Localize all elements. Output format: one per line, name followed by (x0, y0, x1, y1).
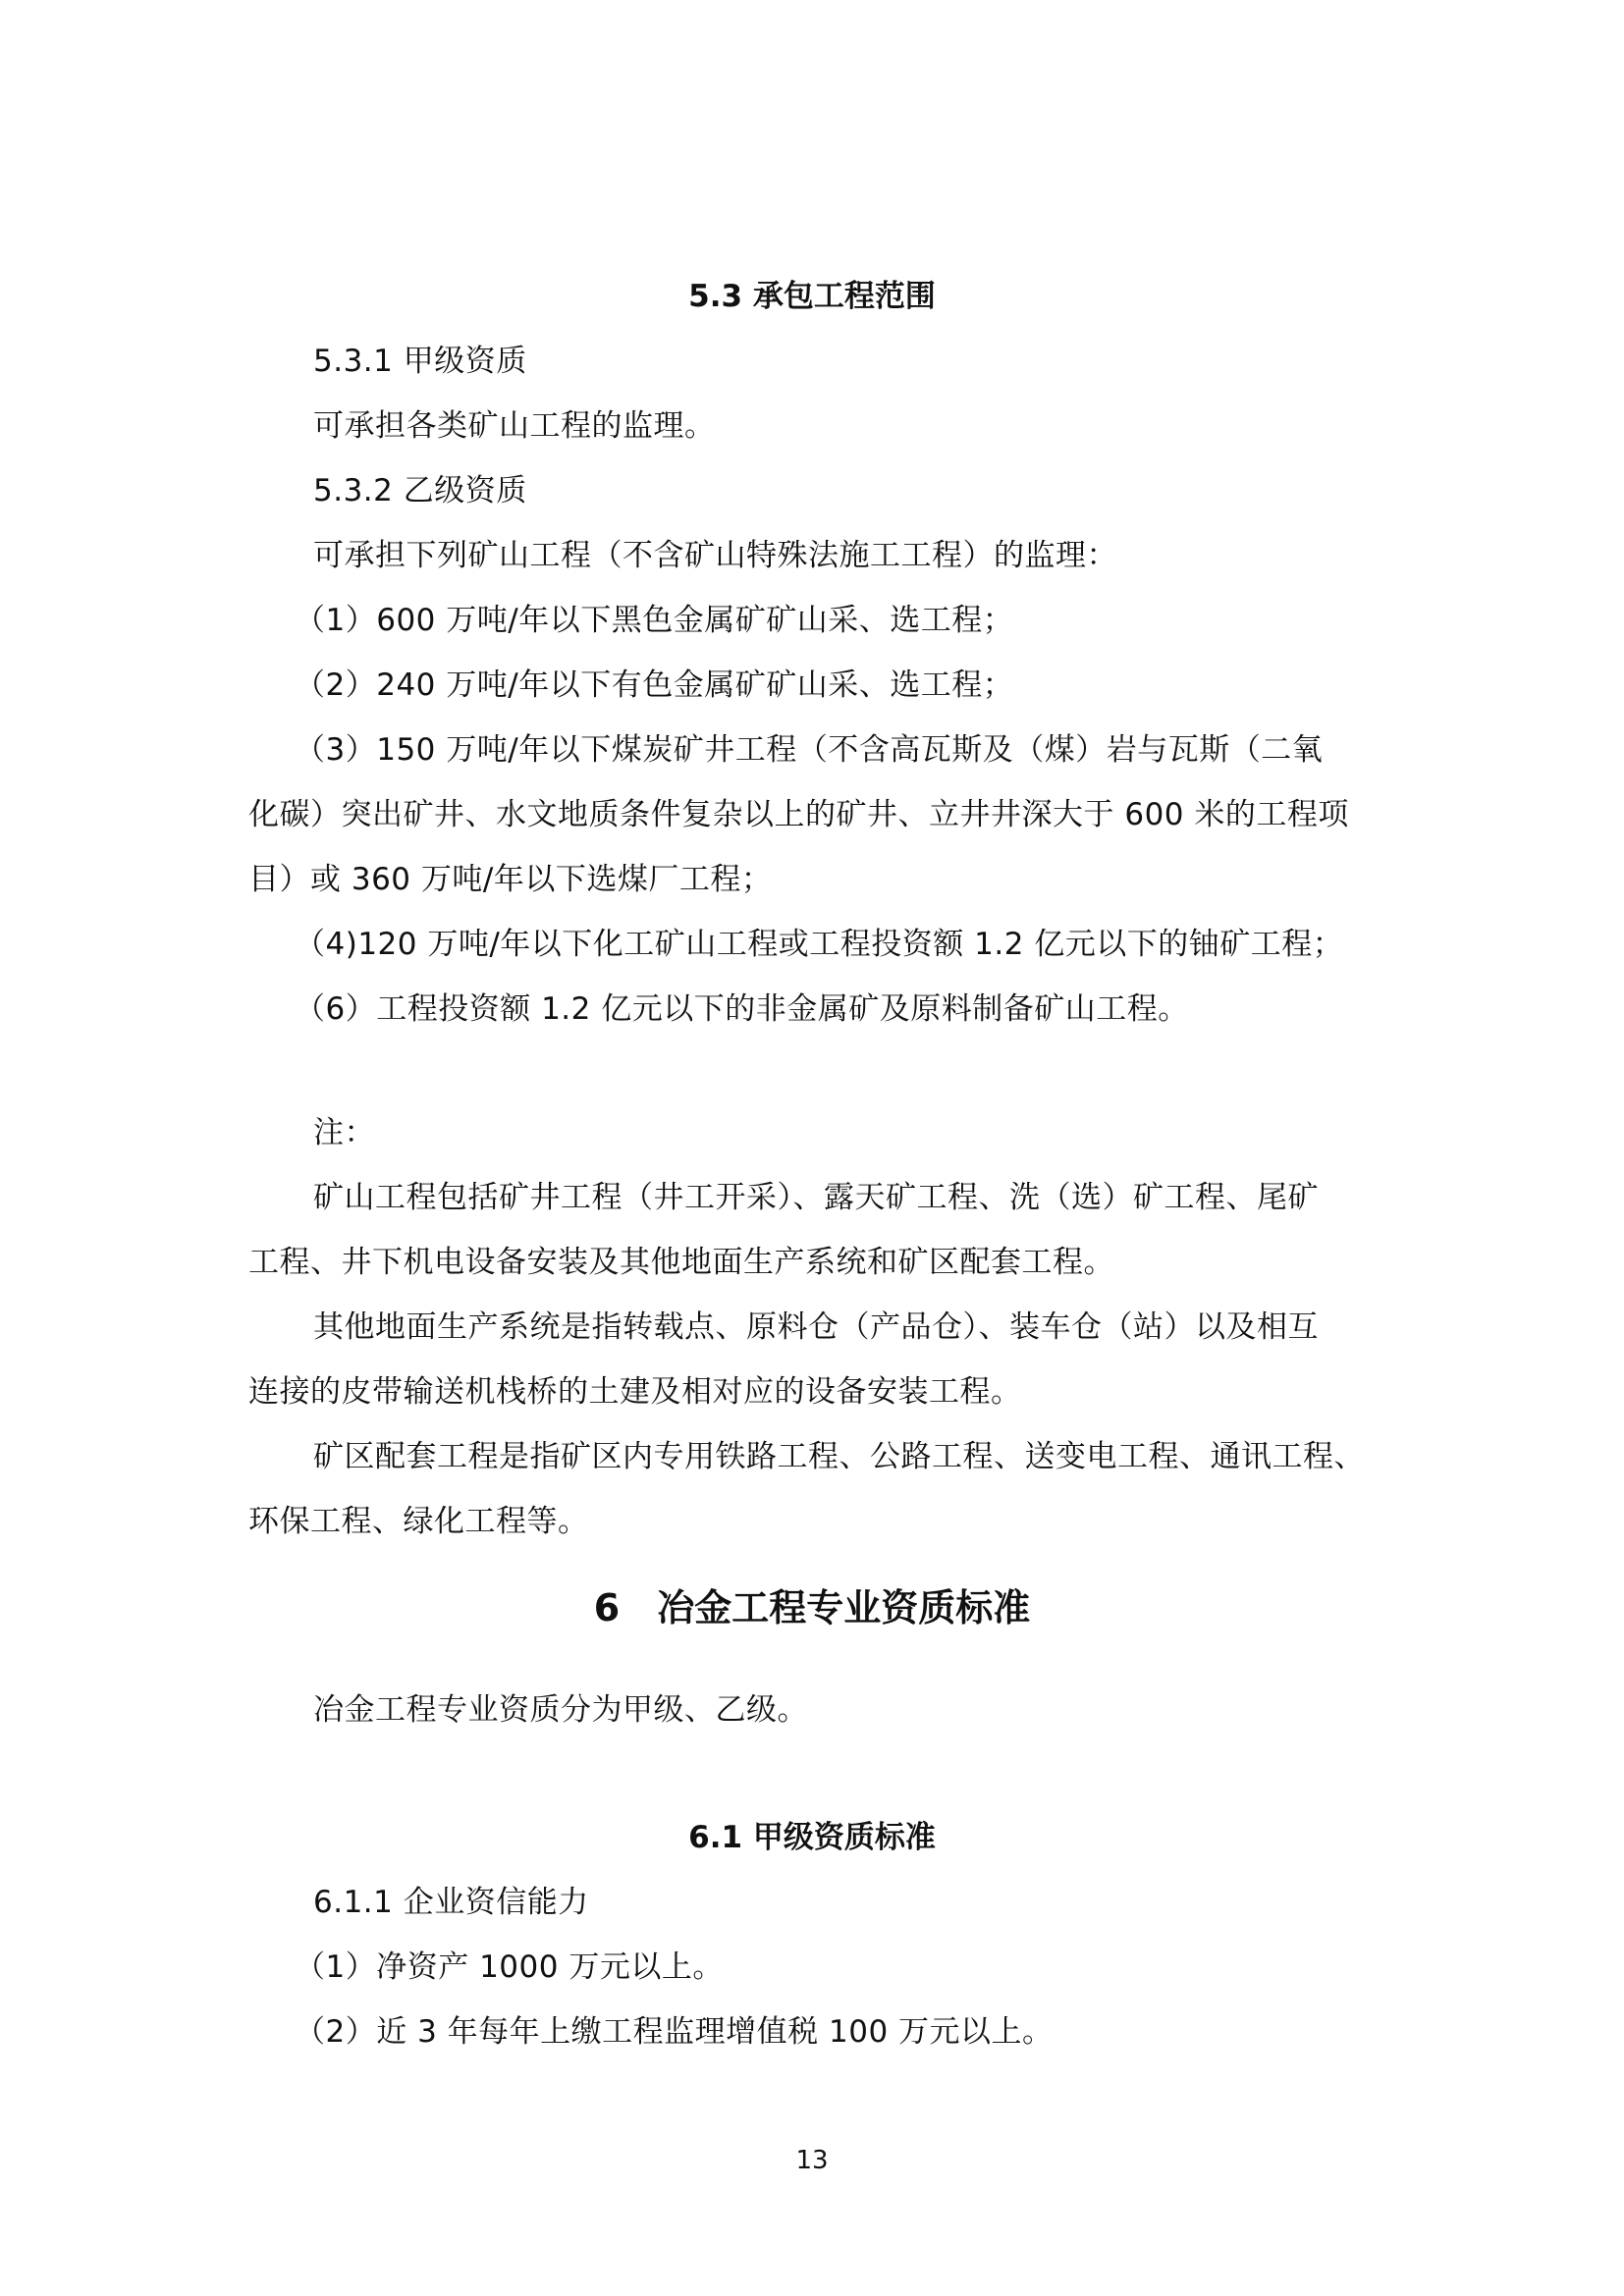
chapter-heading-6: 6 冶金工程专业资质标准 (0, 1584, 1624, 1631)
list-item: （2）近 3 年每年上缴工程监理增值税 100 万元以上。 (295, 2012, 1054, 2052)
list-item-continuation: 目）或 360 万吨/年以下选煤厂工程； (248, 860, 772, 899)
list-item-continuation: 化碳）突出矿井、水文地质条件复杂以上的矿井、立井井深大于 600 米的工程项 (248, 795, 1349, 834)
list-item: （1）600 万吨/年以下黑色金属矿矿山采、选工程； (295, 601, 1013, 640)
list-item: （2）240 万吨/年以下有色金属矿矿山采、选工程； (295, 666, 1013, 705)
paragraph: 冶金工程专业资质分为甲级、乙级。 (313, 1690, 808, 1730)
subsection-title-5-3-1: 5.3.1 甲级资质 (313, 342, 527, 381)
note-paragraph: 工程、井下机电设备安装及其他地面生产系统和矿区配套工程。 (248, 1243, 1114, 1282)
note-paragraph: 其他地面生产系统是指转载点、原料仓（产品仓）、装车仓（站）以及相互 (313, 1308, 1319, 1347)
note-paragraph: 矿区配套工程是指矿区内专用铁路工程、公路工程、送变电工程、通讯工程、 (313, 1437, 1365, 1476)
paragraph: 可承担各类矿山工程的监理。 (313, 406, 716, 446)
subsection-title-5-3-2: 5.3.2 乙级资质 (313, 471, 527, 510)
section-heading-6-1: 6.1 甲级资质标准 (0, 1818, 1624, 1857)
note-label: 注： (313, 1113, 375, 1152)
note-paragraph: 环保工程、绿化工程等。 (248, 1502, 589, 1541)
subsection-title-6-1-1: 6.1.1 企业资信能力 (313, 1883, 589, 1922)
list-item: （6）工程投资额 1.2 亿元以下的非金属矿及原料制备矿山工程。 (295, 989, 1189, 1029)
list-item: （4)120 万吨/年以下化工矿山工程或工程投资额 1.2 亿元以下的铀矿工程； (295, 925, 1343, 964)
note-paragraph: 连接的皮带输送机栈桥的土建及相对应的设备安装工程。 (248, 1372, 1022, 1412)
section-heading-5-3: 5.3 承包工程范围 (0, 277, 1624, 316)
list-item: （3）150 万吨/年以下煤炭矿井工程（不含高瓦斯及（煤）岩与瓦斯（二氧 (295, 730, 1323, 770)
page-number: 13 (0, 2146, 1624, 2175)
note-paragraph: 矿山工程包括矿井工程（井工开采）、露天矿工程、洗（选）矿工程、尾矿 (313, 1178, 1319, 1217)
list-item: （1）净资产 1000 万元以上。 (295, 1948, 724, 1987)
paragraph: 可承担下列矿山工程（不含矿山特殊法施工工程）的监理： (313, 536, 1117, 575)
